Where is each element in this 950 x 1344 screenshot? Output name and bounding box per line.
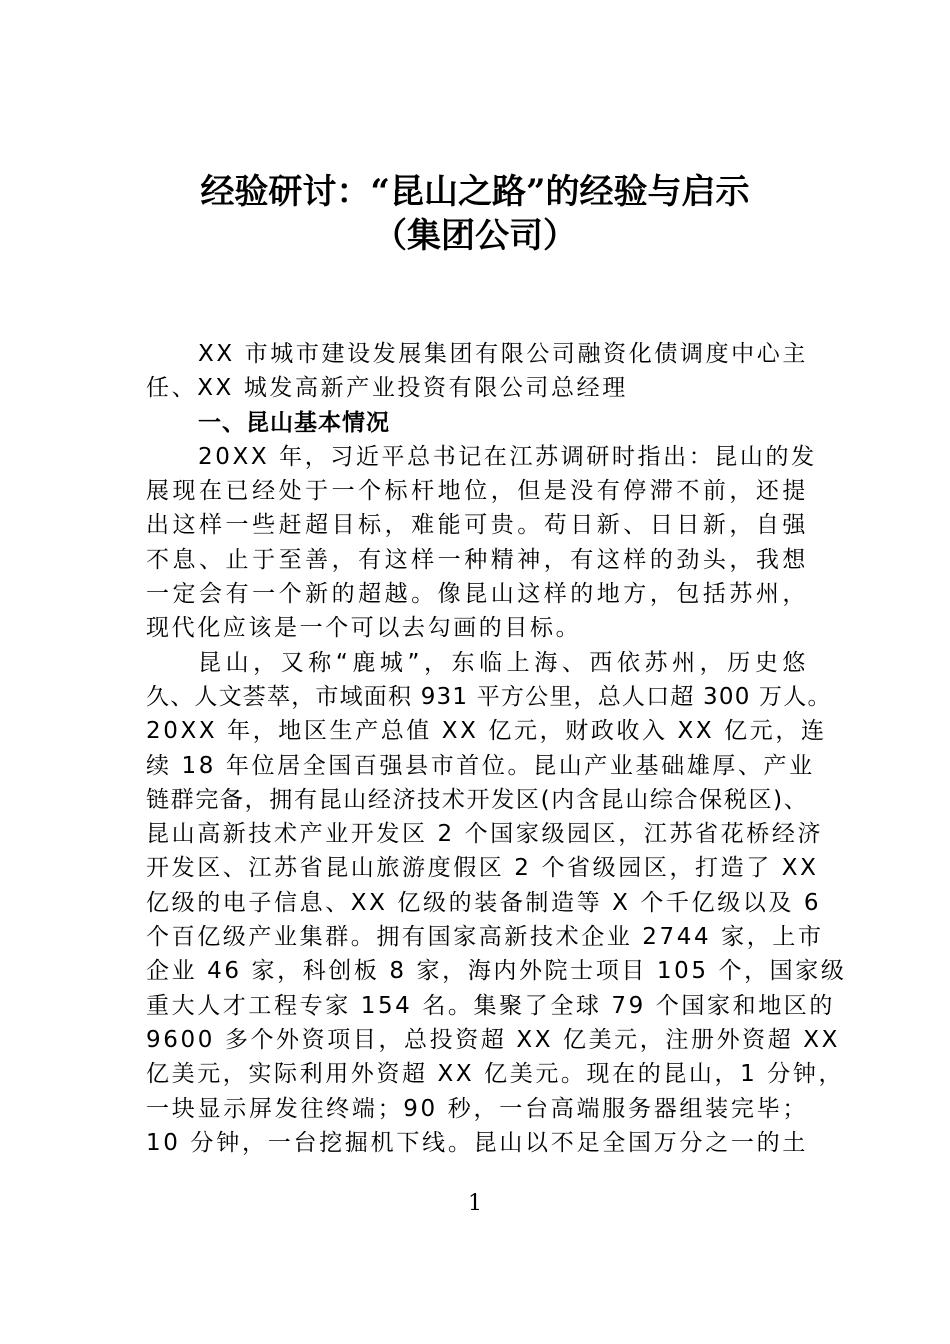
paragraph-line: 展现在已经处于一个标杆地位，但是没有停滞不前，还提 [146, 474, 808, 508]
paragraph-line: 续 18 年位居全国百强县市首位。昆山产业基础雄厚、产业 [146, 749, 808, 783]
paragraph-line: 个百亿级产业集群。拥有国家高新技术企业 2744 家，上市 [146, 920, 808, 954]
paragraph-line: 链群完备，拥有昆山经济技术开发区(内含昆山综合保税区)、 [146, 783, 808, 817]
document-page: 经验研讨：“昆山之路”的经验与启示 （集团公司） XX 市城市建设发展集团有限公… [0, 0, 950, 1344]
section-heading: 一、昆山基本情况 [146, 406, 808, 440]
document-title: 经验研讨：“昆山之路”的经验与启示 [0, 172, 950, 212]
paragraph-line: 现代化应该是一个可以去勾画的目标。 [146, 611, 808, 645]
paragraph-line: 不息、止于至善，有这样一种精神，有这样的劲头，我想 [146, 543, 808, 577]
paragraph-line: 企业 46 家，科创板 8 家，海内外院士项目 105 个，国家级 [146, 954, 808, 988]
paragraph-line: 亿级的电子信息、XX 亿级的装备制造等 X 个千亿级以及 6 [146, 886, 808, 920]
paragraph-line: 一定会有一个新的超越。像昆山这样的地方，包括苏州， [146, 577, 808, 611]
paragraph-line: 昆山，又称“鹿城”，东临上海、西依苏州，历史悠 [146, 646, 808, 680]
paragraph-line: 10 分钟，一台挖掘机下线。昆山以不足全国万分之一的土 [146, 1126, 808, 1160]
section-heading-text: 一、昆山基本情况 [146, 406, 808, 440]
paragraph-line: 亿美元，实际利用外资超 XX 亿美元。现在的昆山，1 分钟， [146, 1057, 808, 1091]
paragraph-line: 一块显示屏发往终端；90 秒，一台高端服务器组装完毕； [146, 1092, 808, 1126]
document-body: XX 市城市建设发展集团有限公司融资化债调度中心主 任、XX 城发高新产业投资有… [146, 337, 808, 1160]
author-line: 任、XX 城发高新产业投资有限公司总经理 [146, 371, 808, 405]
paragraph-line: 20XX 年，习近平总书记在江苏调研时指出：昆山的发 [146, 440, 808, 474]
document-subtitle: （集团公司） [0, 216, 950, 256]
author-line: XX 市城市建设发展集团有限公司融资化债调度中心主 [146, 337, 808, 371]
page-number: 1 [0, 1190, 950, 1218]
paragraph-line: 9600 多个外资项目，总投资超 XX 亿美元，注册外资超 XX [146, 1023, 808, 1057]
paragraph-2: 昆山，又称“鹿城”，东临上海、西依苏州，历史悠 久、人文荟萃，市域面积 931 … [146, 646, 808, 1160]
paragraph-line: 出这样一些赶超目标，难能可贵。苟日新、日日新，自强 [146, 508, 808, 542]
paragraph-1: 20XX 年，习近平总书记在江苏调研时指出：昆山的发 展现在已经处于一个标杆地位… [146, 440, 808, 646]
paragraph-line: 20XX 年，地区生产总值 XX 亿元，财政收入 XX 亿元，连 [146, 714, 808, 748]
paragraph-line: 重大人才工程专家 154 名。集聚了全球 79 个国家和地区的 [146, 989, 808, 1023]
paragraph-line: 久、人文荟萃，市域面积 931 平方公里，总人口超 300 万人。 [146, 680, 808, 714]
paragraph-line: 开发区、江苏省昆山旅游度假区 2 个省级园区，打造了 XX [146, 851, 808, 885]
author-info: XX 市城市建设发展集团有限公司融资化债调度中心主 任、XX 城发高新产业投资有… [146, 337, 808, 406]
paragraph-line: 昆山高新技术产业开发区 2 个国家级园区，江苏省花桥经济 [146, 817, 808, 851]
